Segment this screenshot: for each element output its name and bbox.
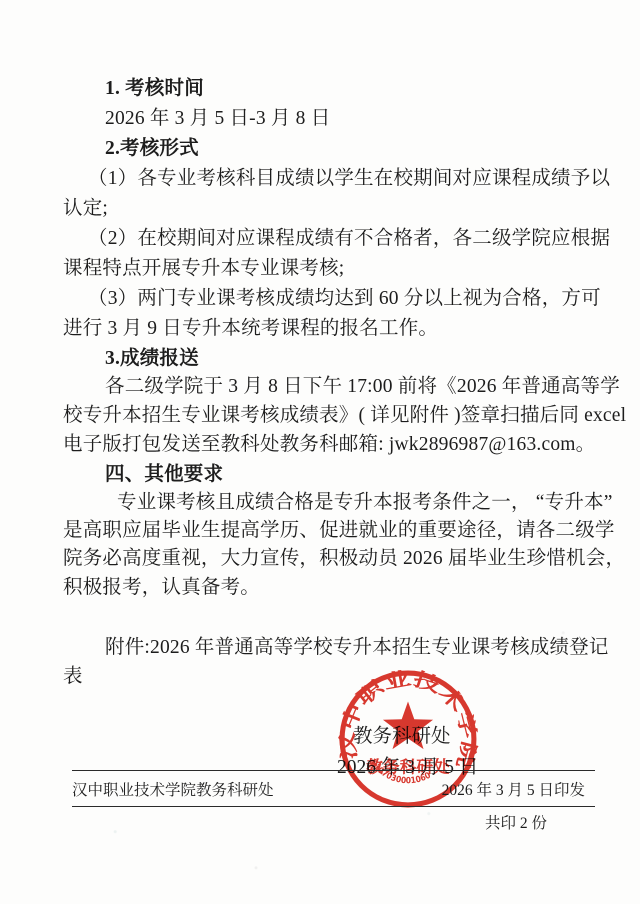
submission-line3-email: 电子版打包发送至教科处教务科邮箱: jwk2896987@163.com。 <box>63 434 595 456</box>
requirements-line3: 院务必高度重视，大力宣传，积极动员 2026 届毕业生珍惜机会， <box>63 548 625 570</box>
heading-assessment-form: 2.考核形式 <box>105 138 199 160</box>
heading-other-requirements: 四、其他要求 <box>105 464 223 486</box>
submission-line2: 校专升本招生专业课考核成绩表》( 详见附件 )签章扫描后同 excel <box>63 405 626 427</box>
requirements-line1: 专业课考核且成绩合格是专升本报考条件之一， “专升本” <box>117 492 613 514</box>
attachment-line1: 附件:2026 年普通高等学校专升本招生专业课考核成绩登记 <box>105 637 609 659</box>
notice-page: 1. 考核时间 2026 年 3 月 5 日-3 月 8 日 2.考核形式 （1… <box>0 0 640 904</box>
paragraph-item1-line1: （1）各专业考核科目成绩以学生在校期间对应课程成绩予以 <box>88 168 610 190</box>
footer-copies-count: 共印 2 份 <box>485 811 547 833</box>
heading-assessment-time: 1. 考核时间 <box>105 78 204 100</box>
requirements-line4: 积极报考，认真备考。 <box>63 577 260 599</box>
paragraph-item2-line2: 课程特点开展专升本专业课考核; <box>63 258 344 280</box>
paragraph-item3-line1: （3）两门专业课考核成绩均达到 60 分以上视为合格，方可 <box>88 288 601 310</box>
attachment-line2: 表 <box>63 666 83 688</box>
requirements-line2: 是高职应届毕业生提高学历、促进就业的重要途径，请各二级学 <box>63 520 615 542</box>
footer-issuer: 汉中职业技术学院教务科研处 <box>72 778 274 800</box>
footer-bottom-rule <box>72 806 595 807</box>
heading-score-submission: 3.成绩报送 <box>105 348 199 370</box>
submission-line1: 各二级学院于 3 月 8 日下午 17:00 前将《2026 年普通高等学 <box>105 376 620 398</box>
paragraph-item1-line2: 认定; <box>63 198 108 220</box>
footer-top-rule <box>72 770 595 771</box>
footer-issue-date: 2026 年 3 月 5 日印发 <box>442 778 585 800</box>
assessment-date-range: 2026 年 3 月 5 日-3 月 8 日 <box>105 108 330 130</box>
red-star-icon <box>383 701 433 749</box>
paragraph-item2-line1: （2）在校期间对应课程成绩有不合格者，各二级学院应根据 <box>88 228 610 250</box>
paragraph-item3-line2: 进行 3 月 9 日专升本统考课程的报名工作。 <box>63 318 438 340</box>
